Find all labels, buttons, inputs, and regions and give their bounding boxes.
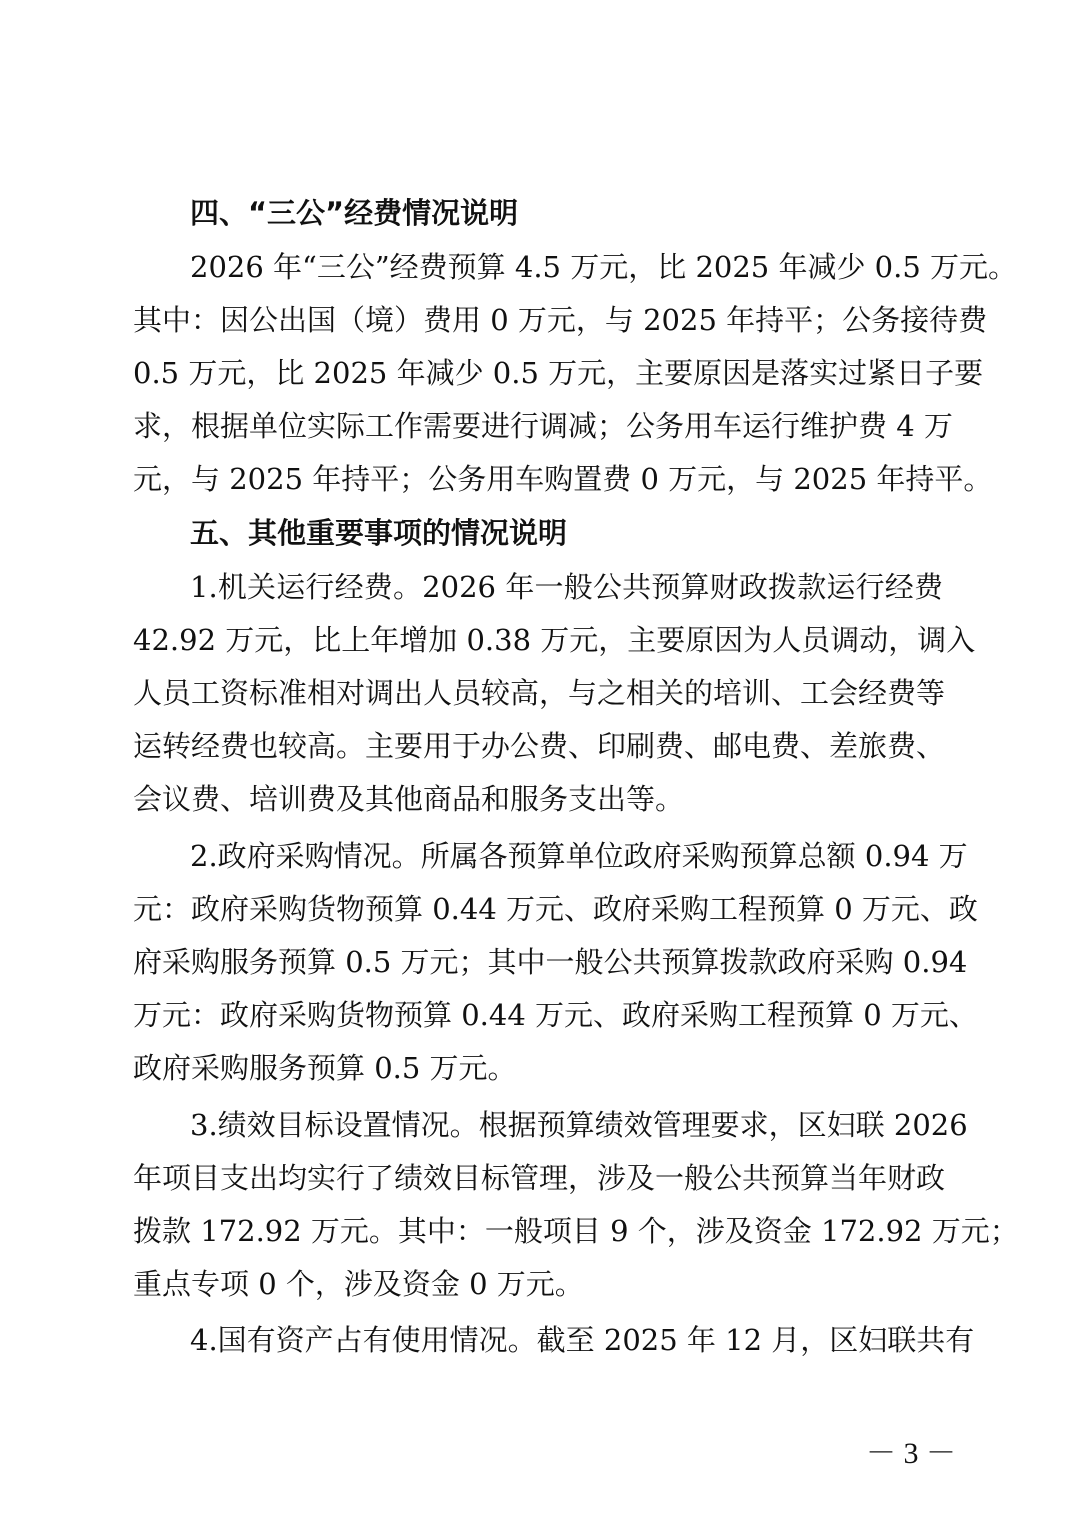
text-line: 3.绩效目标设置情况。根据预算绩效管理要求，区妇联 2026 — [190, 1105, 943, 1145]
text-line: 运转经费也较高。主要用于办公费、印刷费、邮电费、差旅费、 — [133, 726, 943, 766]
document-page: 四、“三公”经费情况说明 2026 年“三公”经费预算 4.5 万元，比 202… — [0, 0, 1074, 1520]
text-line: 万元：政府采购货物预算 0.44 万元、政府采购工程预算 0 万元、 — [133, 995, 943, 1035]
text-line: 政府采购服务预算 0.5 万元。 — [133, 1048, 943, 1088]
text-line: 1.机关运行经费。2026 年一般公共预算财政拨款运行经费 — [190, 567, 943, 607]
section-heading-five: 五、其他重要事项的情况说明 — [190, 513, 567, 553]
text-line: 人员工资标准相对调出人员较高，与之相关的培训、工会经费等 — [133, 673, 943, 713]
page-number: － 3 － — [866, 1436, 956, 1472]
text-line: 0.5 万元，比 2025 年减少 0.5 万元，主要原因是落实过紧日子要 — [133, 353, 943, 393]
text-line: 会议费、培训费及其他商品和服务支出等。 — [133, 779, 943, 819]
text-line: 重点专项 0 个，涉及资金 0 万元。 — [133, 1264, 943, 1304]
text-line: 其中：因公出国（境）费用 0 万元，与 2025 年持平；公务接待费 — [133, 300, 943, 340]
text-line: 42.92 万元，比上年增加 0.38 万元，主要原因为人员调动，调入 — [133, 620, 943, 660]
text-line: 元：政府采购货物预算 0.44 万元、政府采购工程预算 0 万元、政 — [133, 889, 943, 929]
section-heading-four: 四、“三公”经费情况说明 — [190, 193, 518, 233]
text-line: 求，根据单位实际工作需要进行调减；公务用车运行维护费 4 万 — [133, 406, 943, 446]
text-line: 2.政府采购情况。所属各预算单位政府采购预算总额 0.94 万 — [190, 836, 943, 876]
text-line: 4.国有资产占有使用情况。截至 2025 年 12 月，区妇联共有 — [190, 1320, 943, 1360]
text-line: 府采购服务预算 0.5 万元；其中一般公共预算拨款政府采购 0.94 — [133, 942, 943, 982]
text-line: 2026 年“三公”经费预算 4.5 万元，比 2025 年减少 0.5 万元。 — [190, 247, 943, 287]
text-line: 年项目支出均实行了绩效目标管理，涉及一般公共预算当年财政 — [133, 1158, 943, 1198]
text-line: 元，与 2025 年持平；公务用车购置费 0 万元，与 2025 年持平。 — [133, 459, 943, 499]
text-line: 拨款 172.92 万元。其中：一般项目 9 个，涉及资金 172.92 万元； — [133, 1211, 943, 1251]
